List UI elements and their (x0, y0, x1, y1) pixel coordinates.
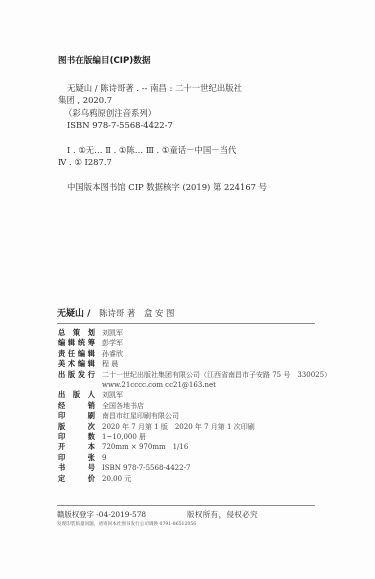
credit-row: 出版人 刘凯军 (58, 390, 358, 400)
credit-value: 9 (102, 453, 106, 463)
copyright-page: 图书在版编目(CIP)数据 无疑山 / 陈诗哥著 . -- 南昌 : 二十一世纪… (0, 0, 375, 579)
credit-row: 版次 2020 年 7 月第 1 版 2020 年 7 月第 1 次印刷 (58, 422, 358, 432)
credit-label: 书号 (58, 463, 95, 473)
credit-label: 出版人 (58, 390, 95, 400)
credit-label: 印张 (58, 453, 95, 463)
credit-row: 开本 720mm × 970mm 1/16 (58, 442, 358, 452)
cip-isbn: ISBN 978-7-5568-4422-7 (58, 119, 328, 132)
credit-label: 开本 (58, 442, 95, 452)
credit-label: 定价 (58, 474, 95, 484)
credit-label: 印数 (58, 432, 95, 442)
credit-value: 全国各地书店 (102, 401, 144, 411)
quality-notice: 发现印装质量问题，请寄回本社图书发行公司调换 0791-86512056 (57, 521, 196, 527)
credit-value: 彭学军 (102, 338, 123, 348)
illustrator: 盒 安 图 (144, 308, 174, 318)
cip-line: 集团 , 2020.7 (58, 94, 328, 107)
credit-label: 责任编辑 (58, 349, 95, 359)
credit-value: 孙睿欣 (102, 349, 123, 359)
credit-value: 2020 年 7 月第 1 版 2020 年 7 月第 1 次印刷 (102, 422, 255, 432)
credit-value: ISBN 978-7-5568-4422-7 (102, 463, 190, 473)
credit-row: 责任编辑 孙睿欣 (58, 349, 358, 359)
credit-row: 总策划 刘凯军 (58, 328, 358, 338)
credit-value: 20.00 元 (102, 474, 131, 484)
credit-value: 720mm × 970mm 1/16 (102, 442, 188, 452)
credit-row: 编辑统筹 彭学军 (58, 338, 358, 348)
author: 陈诗哥 著 (99, 308, 135, 318)
credit-row: 印张 9 (58, 453, 358, 463)
credit-label: 版次 (58, 422, 95, 432)
credit-value: 刘凯军 (102, 328, 123, 338)
cip-classification: Ⅰ . ①无… Ⅱ . ①陈… Ⅲ . ①童话－中国－当代 (58, 144, 328, 157)
credit-value: 1~10,000 册 (102, 432, 146, 442)
title-row: 无疑山 / 陈诗哥 著 盒 安 图 (57, 306, 180, 319)
cip-series: （彩乌鸦原创注音系列） (58, 107, 328, 120)
credit-label: 编辑统筹 (58, 338, 95, 348)
credit-row: 出版发行 二十一世纪出版社集团有限公司（江西省南昌市子安路 75 号 33002… (58, 370, 358, 380)
credit-value: 南昌市红星印刷有限公司 (102, 411, 179, 421)
copyright-registration: 赣版权登字 -04-2019-578 (57, 509, 187, 520)
credit-label: 总策划 (58, 328, 95, 338)
credit-label: 印刷 (58, 411, 95, 421)
divider-top (57, 323, 315, 324)
publisher-web-email: www.21cccc.com cc21@163.net (58, 380, 358, 390)
credit-value: 刘凯军 (102, 390, 123, 400)
credit-label: 出版发行 (58, 370, 95, 380)
rights-reserved: 版权所有，侵权必究 (187, 509, 258, 520)
credit-row: 经销 全国各地书店 (58, 401, 358, 411)
credits-list: 总策划 刘凯军 编辑统筹 彭学军 责任编辑 孙睿欣 美术编辑 程 晨 出版发行 … (58, 328, 358, 484)
credit-label: 美术编辑 (58, 359, 95, 369)
credit-row: 美术编辑 程 晨 (58, 359, 358, 369)
book-title: 无疑山 / (57, 309, 90, 319)
credit-row: 印刷 南昌市红星印刷有限公司 (58, 411, 358, 421)
cip-line: 无疑山 / 陈诗哥著 . -- 南昌 : 二十一世纪出版社 (58, 82, 328, 95)
credit-value: 程 晨 (102, 359, 118, 369)
divider-bottom (57, 505, 315, 506)
credit-value: 二十一世纪出版社集团有限公司（江西省南昌市子安路 75 号 330025） (102, 370, 331, 380)
cip-heading: 图书在版编目(CIP)数据 (58, 55, 328, 68)
credit-row: 印数 1~10,000 册 (58, 432, 358, 442)
credit-row: 书号 ISBN 978-7-5568-4422-7 (58, 463, 358, 473)
cip-classification: Ⅳ . ① I287.7 (58, 156, 328, 169)
cip-block: 图书在版编目(CIP)数据 无疑山 / 陈诗哥著 . -- 南昌 : 二十一世纪… (58, 55, 328, 193)
credit-label: 经销 (58, 401, 95, 411)
credit-row: 定价 20.00 元 (58, 474, 358, 484)
cip-record-number: 中国版本图书馆 CIP 数据核字 (2019) 第 224167 号 (58, 181, 328, 194)
footer-line: 赣版权登字 -04-2019-578 版权所有，侵权必究 (57, 509, 317, 520)
